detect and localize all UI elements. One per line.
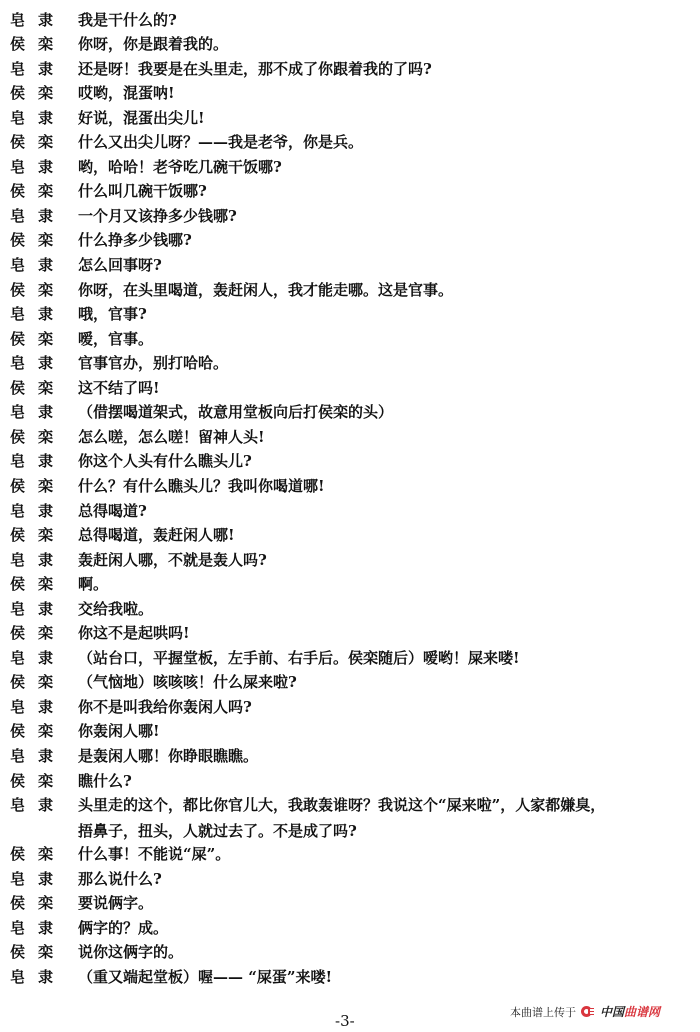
site-logo-text: 中国 <box>600 1003 624 1020</box>
dialogue-line: 侯栾什么？有什么瞧头儿？我叫你喝道哪! <box>10 473 325 497</box>
speaker-name: 侯栾 <box>10 82 78 103</box>
speech-text: 那么说什么? <box>78 868 162 889</box>
speaker-name: 皂隶 <box>10 868 78 889</box>
dialogue-line: 皂隶（重又端起堂板）喔—— “屎蛋”来喽! <box>10 964 332 988</box>
speech-text: 什么挣多少钱哪? <box>78 229 192 250</box>
speech-text: 轰赶闲人哪，不就是轰人吗? <box>78 549 267 570</box>
speech-text: 总得喝道，轰赶闲人哪! <box>78 524 235 545</box>
dialogue-line: 皂隶你这个人头有什么瞧头儿? <box>10 449 252 473</box>
speech-text: （气恼地）咳咳咳！什么屎来啦? <box>78 671 297 692</box>
dialogue-line: 侯栾要说俩字。 <box>10 891 153 915</box>
dialogue-line: 皂隶你不是叫我给你轰闲人吗? <box>10 694 252 718</box>
speech-text: 你不是叫我给你轰闲人吗? <box>78 696 252 717</box>
dialogue-line: 侯栾什么叫几碗干饭哪? <box>10 179 207 203</box>
speaker-name: 侯栾 <box>10 524 78 545</box>
speaker-name: 侯栾 <box>10 426 78 447</box>
speech-text: 总得喝道? <box>78 500 147 521</box>
speaker-name: 侯栾 <box>10 720 78 741</box>
speech-text: 说你这俩字的。 <box>78 941 183 962</box>
speech-text: 交给我啦。 <box>78 598 153 619</box>
dialogue-line: 侯栾嗳，官事。 <box>10 326 153 350</box>
script-page: 皂隶我是干什么的?侯栾你呀，你是跟着我的。皂隶还是呀！我要是在头里走，那不成了你… <box>0 0 700 1032</box>
speaker-name: 皂隶 <box>10 401 78 422</box>
dialogue-line: 皂隶（借摆喝道架式，故意用堂板向后打侯栾的头） <box>10 400 393 424</box>
speaker-name: 皂隶 <box>10 205 78 226</box>
speaker-name: 皂隶 <box>10 917 78 938</box>
dialogue-line: 皂隶我是干什么的? <box>10 7 177 31</box>
dialogue-line: 皂隶怎么回事呀? <box>10 253 162 277</box>
speaker-name: 皂隶 <box>10 450 78 471</box>
speech-text: 瞧什么? <box>78 770 132 791</box>
speech-text: 我是干什么的? <box>78 9 177 30</box>
speaker-name: 皂隶 <box>10 500 78 521</box>
speech-text: 你呀，你是跟着我的。 <box>78 33 228 54</box>
upload-watermark: 本曲谱上传于 中国 曲谱网 <box>510 1003 660 1020</box>
dialogue-line: 皂隶好说，混蛋出尖儿! <box>10 105 205 129</box>
dialogue-line: 侯栾什么事！不能说“屎”。 <box>10 842 230 866</box>
upload-note: 本曲谱上传于 <box>510 1004 576 1020</box>
site-logo-icon <box>581 1006 595 1018</box>
speaker-name: 侯栾 <box>10 622 78 643</box>
site-logo-text-accent: 曲谱网 <box>624 1003 660 1020</box>
speech-text: 你这个人头有什么瞧头儿? <box>78 450 252 471</box>
dialogue-line: 侯栾瞧什么? <box>10 768 132 792</box>
speech-text: 什么叫几碗干饭哪? <box>78 180 207 201</box>
speech-text: 嗳，官事。 <box>78 328 153 349</box>
speech-text: 一个月又该挣多少钱哪? <box>78 205 237 226</box>
page-number: -3- <box>335 1012 355 1030</box>
speaker-name: 侯栾 <box>10 328 78 349</box>
dialogue-line: 侯栾说你这俩字的。 <box>10 940 183 964</box>
dialogue-line: 侯栾啊。 <box>10 572 108 596</box>
speech-text: 哟，哈哈！老爷吃几碗干饭哪? <box>78 156 282 177</box>
speech-text: 这不结了吗! <box>78 377 160 398</box>
speaker-name: 侯栾 <box>10 770 78 791</box>
speech-text: 怎么回事呀? <box>78 254 162 275</box>
dialogue-line: 侯栾（气恼地）咳咳咳！什么屎来啦? <box>10 670 297 694</box>
speech-text-continuation: 捂鼻子，扭头，人就过去了。不是成了吗? <box>78 820 357 841</box>
speech-text: （重又端起堂板）喔—— “屎蛋”来喽! <box>78 966 332 987</box>
speaker-name: 侯栾 <box>10 892 78 913</box>
speech-text: 官事官办，别打哈哈。 <box>78 352 228 373</box>
dialogue-line: 侯栾你这不是起哄吗! <box>10 621 190 645</box>
speech-text: 哦，官事? <box>78 303 147 324</box>
speaker-name: 皂隶 <box>10 647 78 668</box>
speech-text: 你呀，在头里喝道，轰赶闲人，我才能走哪。这是官事。 <box>78 279 453 300</box>
dialogue-line: 皂隶哟，哈哈！老爷吃几碗干饭哪? <box>10 154 282 178</box>
speaker-name: 侯栾 <box>10 279 78 300</box>
speaker-name: 皂隶 <box>10 966 78 987</box>
speaker-name: 皂隶 <box>10 9 78 30</box>
speaker-name: 侯栾 <box>10 941 78 962</box>
speech-text: 什么又出尖儿呀？——我是老爷，你是兵。 <box>78 131 363 152</box>
speaker-name: 侯栾 <box>10 229 78 250</box>
speech-text: （站台口，平握堂板，左手前、右手后。侯栾随后）嗳哟！屎来喽! <box>78 647 520 668</box>
dialogue-line: 皂隶还是呀！我要是在头里走，那不成了你跟着我的了吗? <box>10 56 432 80</box>
speech-text: 你这不是起哄吗! <box>78 622 190 643</box>
speech-text: 什么事！不能说“屎”。 <box>78 843 230 864</box>
speech-text: 哎哟，混蛋呐! <box>78 82 175 103</box>
speech-text: 要说俩字。 <box>78 892 153 913</box>
speaker-name: 侯栾 <box>10 377 78 398</box>
dialogue-line: 皂隶官事官办，别打哈哈。 <box>10 351 228 375</box>
dialogue-line: 皂隶一个月又该挣多少钱哪? <box>10 203 237 227</box>
dialogue-line: 皂隶俩字的？成。 <box>10 915 168 939</box>
speaker-name: 皂隶 <box>10 598 78 619</box>
speech-text: （借摆喝道架式，故意用堂板向后打侯栾的头） <box>78 401 393 422</box>
dialogue-line: 侯栾哎哟，混蛋呐! <box>10 81 175 105</box>
dialogue-line: 侯栾什么又出尖儿呀？——我是老爷，你是兵。 <box>10 130 363 154</box>
speaker-name: 皂隶 <box>10 696 78 717</box>
speaker-name: 侯栾 <box>10 671 78 692</box>
speech-text: 头里走的这个，都比你官儿大，我敢轰谁呀？我说这个“屎来啦”，人家都嫌臭， <box>78 794 605 815</box>
speech-text: 还是呀！我要是在头里走，那不成了你跟着我的了吗? <box>78 58 432 79</box>
dialogue-line: 侯栾你呀，在头里喝道，轰赶闲人，我才能走哪。这是官事。 <box>10 277 453 301</box>
dialogue-line: 皂隶轰赶闲人哪，不就是轰人吗? <box>10 547 267 571</box>
speech-text: 俩字的？成。 <box>78 917 168 938</box>
speaker-name: 皂隶 <box>10 303 78 324</box>
dialogue-line: 侯栾你轰闲人哪! <box>10 719 160 743</box>
speaker-name: 侯栾 <box>10 573 78 594</box>
dialogue-line: 侯栾总得喝道，轰赶闲人哪! <box>10 523 235 547</box>
dialogue-line: 皂隶是轰闲人哪！你睁眼瞧瞧。 <box>10 744 258 768</box>
speaker-name: 侯栾 <box>10 33 78 54</box>
dialogue-line: 皂隶（站台口，平握堂板，左手前、右手后。侯栾随后）嗳哟！屎来喽! <box>10 645 520 669</box>
speaker-name: 皂隶 <box>10 107 78 128</box>
speaker-name: 皂隶 <box>10 58 78 79</box>
speaker-name: 侯栾 <box>10 131 78 152</box>
speech-text: 啊。 <box>78 573 108 594</box>
speaker-name: 皂隶 <box>10 745 78 766</box>
dialogue-line: 侯栾你呀，你是跟着我的。 <box>10 32 228 56</box>
dialogue-line: 皂隶那么说什么? <box>10 866 162 890</box>
speaker-name: 侯栾 <box>10 843 78 864</box>
speaker-name: 侯栾 <box>10 180 78 201</box>
dialogue-line: 侯栾怎么嗟，怎么嗟！留神人头! <box>10 424 265 448</box>
speaker-name: 侯栾 <box>10 475 78 496</box>
speaker-name: 皂隶 <box>10 254 78 275</box>
speaker-name: 皂隶 <box>10 156 78 177</box>
speech-text: 你轰闲人哪! <box>78 720 160 741</box>
speech-text: 什么？有什么瞧头儿？我叫你喝道哪! <box>78 475 325 496</box>
speech-text: 是轰闲人哪！你睁眼瞧瞧。 <box>78 745 258 766</box>
dialogue-line: 皂隶交给我啦。 <box>10 596 153 620</box>
dialogue-line: 皂隶总得喝道? <box>10 498 147 522</box>
dialogue-line: 侯栾什么挣多少钱哪? <box>10 228 192 252</box>
speech-text: 怎么嗟，怎么嗟！留神人头! <box>78 426 265 447</box>
dialogue-line: 皂隶哦，官事? <box>10 302 147 326</box>
speaker-name: 皂隶 <box>10 794 78 815</box>
speech-text: 好说，混蛋出尖儿! <box>78 107 205 128</box>
dialogue-line: 侯栾这不结了吗! <box>10 375 160 399</box>
speaker-name: 皂隶 <box>10 549 78 570</box>
dialogue-line: 皂隶头里走的这个，都比你官儿大，我敢轰谁呀？我说这个“屎来啦”，人家都嫌臭， <box>10 793 605 817</box>
speaker-name: 皂隶 <box>10 352 78 373</box>
